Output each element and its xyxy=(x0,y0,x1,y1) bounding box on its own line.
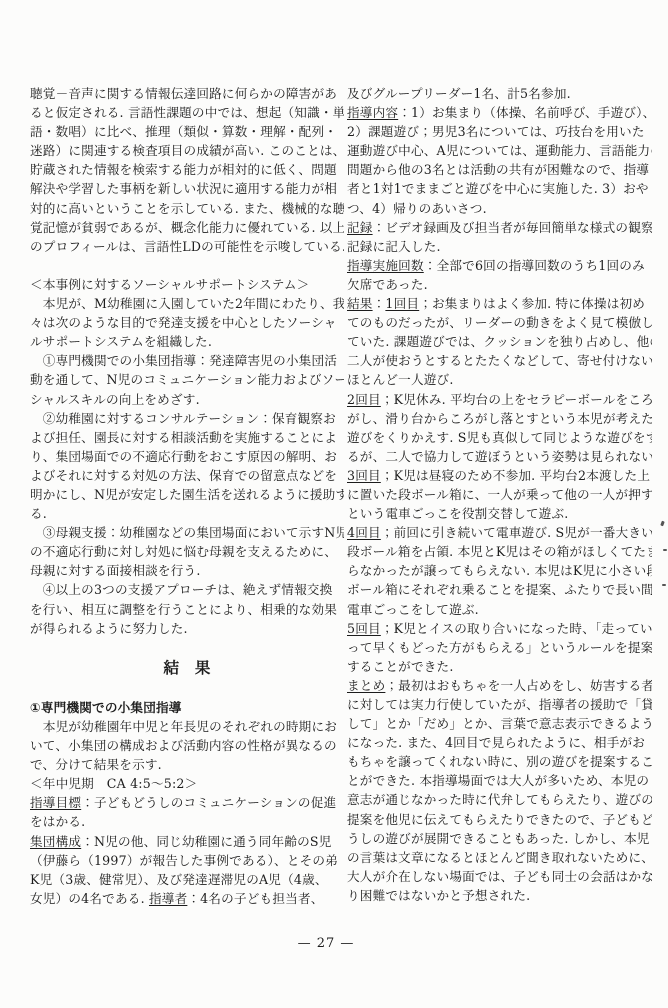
text-line: 集団構成：N児の他、同じ幼稚園に通う同年齢のS児 xyxy=(30,832,344,851)
text-line: 本児が幼稚園年中児と年長児のそれぞれの時期にお xyxy=(30,717,344,736)
text-line: とができた. 本指導場面では大人が多いため、本児の xyxy=(347,771,652,790)
text-line: 聴覚－音声に関する情報伝達回路に何らかの障害があ xyxy=(30,84,344,103)
text-line: 指導目標：子どもどうしのコミュニケーションの促進 xyxy=(30,793,344,812)
text-line: り、集団場面での不適応行動をおこす原因の解明、お xyxy=(30,447,344,466)
text-line: 問題から他の3名とは活動の共有が困難なので、指導 xyxy=(347,160,652,179)
text-line: になった. また、4回目で見られたように、相手がお xyxy=(347,733,652,752)
text-line: 2回目；K児休み. 平均台の上をセラピーボールをころ xyxy=(347,390,652,409)
text-line: らなかったが譲ってもらえない. 本児はK児に小さい段 xyxy=(347,561,652,580)
text-line: が得られるように努力した. xyxy=(30,619,344,638)
text-line: して」とか「だめ」とか、言葉で意志表示できるよう xyxy=(347,714,652,733)
text-line: 貯蔵された情報を検索する能力が相対的に低く、問題 xyxy=(30,160,344,179)
left-column: 聴覚－音声に関する情報伝達回路に何らかの障害があると仮定される. 言語性課題の中… xyxy=(30,84,344,908)
text-line: るが、二人で協力して遊ぼうという姿勢は見られない. xyxy=(347,447,652,466)
text-line: 意志が通じなかった時に代弁してもらえたり、遊びの xyxy=(347,790,652,809)
text-line: 母親に対する面接相談を行う. xyxy=(30,561,344,580)
text-line: 記録：ビデオ録画及び担当者が毎回簡単な様式の観察 xyxy=(347,218,652,237)
text-line: って早くもどった方がもらえる」というルールを提案 xyxy=(347,638,652,657)
text-line: 結果：1回目；お集まりはよく参加. 特に体操は初め xyxy=(347,294,652,313)
text-line: 女児）の4名である. 指導者：4名の子ども担当者、 xyxy=(30,889,344,908)
text-line: に対しては実力行使していたが、指導者の援助で「貸 xyxy=(347,695,652,714)
text-line: 者と1対1でままごと遊びを中心に実施した. 3）おや xyxy=(347,179,652,198)
text-line: ルサポートシステムを組織した. xyxy=(30,332,344,351)
text-line: 々は次のような目的で発達支援を中心としたソーシャ xyxy=(30,313,344,332)
text-line: もちゃを譲ってくれない時に、別の遊びを提案するこ xyxy=(347,752,652,771)
text-line: することができた. xyxy=(347,657,652,676)
text-line: ①専門機関での小集団指導：発達障害児の小集団活 xyxy=(30,351,344,370)
scan-artifact xyxy=(660,521,665,527)
text-line: 2）課題遊び；男児3名については、巧技台を用いた xyxy=(347,122,652,141)
text-line: という電車ごっこを役割交替して遊ぶ. xyxy=(347,504,652,523)
text-line: の不適応行動に対し対処に悩む母親を支えるために、 xyxy=(30,542,344,561)
text-line: 指導内容：1）お集まり（体操、名前呼び、手遊び）、 xyxy=(347,103,652,122)
text-line: 記録に記入した. xyxy=(347,237,652,256)
text-line: ＜年中児期 CA 4:5～5:2＞ xyxy=(30,774,344,793)
text-line: ると仮定される. 言語性課題の中では、想起（知識・単 xyxy=(30,103,344,122)
text-line: ①専門機関での小集団指導 xyxy=(30,698,344,717)
text-line: ていた. 課題遊びでは、クッションを独り占めし、他の xyxy=(347,332,652,351)
text-line: 大人が介在しない場面では、子ども同士の会話はかな xyxy=(347,867,652,886)
page-number: — 27 — xyxy=(0,936,652,951)
text-line: がし、滑り台からころがし落とすという本児が考えた xyxy=(347,409,652,428)
text-line: K児（3歳、健常児）、及び発達遅滞児のA児（4歳、 xyxy=(30,870,344,889)
text-line xyxy=(30,679,344,698)
text-line xyxy=(30,638,344,657)
text-line: 迷路）に関連する検査項目の成績が高い. このことは、 xyxy=(30,141,344,160)
text-line: ④以上の3つの支援アプローチは、絶えず情報交換 xyxy=(30,580,344,599)
text-line: 及びグループリーダー1名、計5名参加. xyxy=(347,84,652,103)
text-line: 段ボール箱を占領. 本児とK児はその箱がほしくてたま xyxy=(347,542,652,561)
text-line: 語・数唱）に比べ、推理（類似・算数・理解・配列・ xyxy=(30,122,344,141)
text-line: よび担任、園長に対する相談活動を実施することによ xyxy=(30,428,344,447)
text-line: つ、4）帰りのあいさつ. xyxy=(347,199,652,218)
text-line: うしの遊びが展開できることもあった. しかし、本児 xyxy=(347,829,652,848)
text-line: まとめ；最初はおもちゃを一人占めをし、妨害する者 xyxy=(347,676,652,695)
text-line: ボール箱にそれぞれ乗ることを提案、ふたりで長い間 xyxy=(347,580,652,599)
text-line: 本児が、M幼稚園に入園していた2年間にわたり、我 xyxy=(30,294,344,313)
text-line: の言葉は文章になるとほとんど聞き取れないために、 xyxy=(347,848,652,867)
text-line: 動を通して、N児のコミュニケーション能力およびソー xyxy=(30,370,344,389)
text-line: ③母親支援：幼稚園などの集団場面において示すN児 xyxy=(30,523,344,542)
text-line: 解決や学習した事柄を新しい状況に適用する能力が相 xyxy=(30,179,344,198)
text-line: 欠席であった. xyxy=(347,275,652,294)
text-line: ほとんど一人遊び. xyxy=(347,370,652,389)
text-line: 明かにし、N児が安定した園生活を送れるように援助す xyxy=(30,485,344,504)
text-line: 指導実施回数：全部で6回の指導回数のうち1回のみ xyxy=(347,256,652,275)
text-line: ＜本事例に対するソーシャルサポートシステム＞ xyxy=(30,275,344,294)
text-line: に置いた段ボール箱に、一人が乗って他の一人が押す xyxy=(347,485,652,504)
text-line: 4回目；前回に引き続いて電車遊び. S児が一番大きい xyxy=(347,523,652,542)
text-line: で、分けて結果を示す. xyxy=(30,755,344,774)
text-line: 提案を他児に伝えてもらえたりできたので、子どもど xyxy=(347,810,652,829)
text-line: のプロフィールは、言語性LDの可能性を示唆している. xyxy=(30,237,344,256)
text-line: よびそれに対する対処の方法、保育での留意点などを xyxy=(30,466,344,485)
text-line: シャルスキルの向上をめざす. xyxy=(30,390,344,409)
scan-artifact xyxy=(663,549,667,551)
text-line: る. xyxy=(30,504,344,523)
document-page: 聴覚－音声に関する情報伝達回路に何らかの障害があると仮定される. 言語性課題の中… xyxy=(0,0,668,1008)
text-line: 遊びをくりかえす. S児も真似して同じような遊びをす xyxy=(347,428,652,447)
text-line: いて、小集団の構成および活動内容の性格が異なるの xyxy=(30,736,344,755)
text-line: 3回目；K児は昼寝のため不参加. 平均台2本渡した上 xyxy=(347,466,652,485)
right-column: 及びグループリーダー1名、計5名参加.指導内容：1）お集まり（体操、名前呼び、手… xyxy=(347,84,652,905)
section-heading: 結 果 xyxy=(30,657,344,679)
text-line: ②幼稚園に対するコンサルテーション：保育観察お xyxy=(30,409,344,428)
text-line: （伊藤ら（1997）が報告した事例である）、とその弟 xyxy=(30,851,344,870)
text-line: をはかる. xyxy=(30,812,344,831)
text-line: てのものだったが、リーダーの動きをよく見て模倣し xyxy=(347,313,652,332)
text-line: 運動遊び中心、A児については、運動能力、言語能力の xyxy=(347,141,652,160)
text-line: り困難ではないかと予想された. xyxy=(347,886,652,905)
scan-artifact xyxy=(662,584,666,586)
text-line: 二人が使おうとするとたたくなどして、寄せ付けない. xyxy=(347,351,652,370)
text-line: 電車ごっこをして遊ぶ. xyxy=(347,600,652,619)
text-line: 5回目；K児とイスの取り合いになった時、「走ってい xyxy=(347,619,652,638)
text-line: 対的に高いということを示している. また、機械的な聴 xyxy=(30,199,344,218)
text-line: を行い、相互に調整を行うことにより、相乗的な効果 xyxy=(30,600,344,619)
text-line: 覚記憶が貧弱であるが、概念化能力に優れている. 以上 xyxy=(30,218,344,237)
text-line xyxy=(30,256,344,275)
